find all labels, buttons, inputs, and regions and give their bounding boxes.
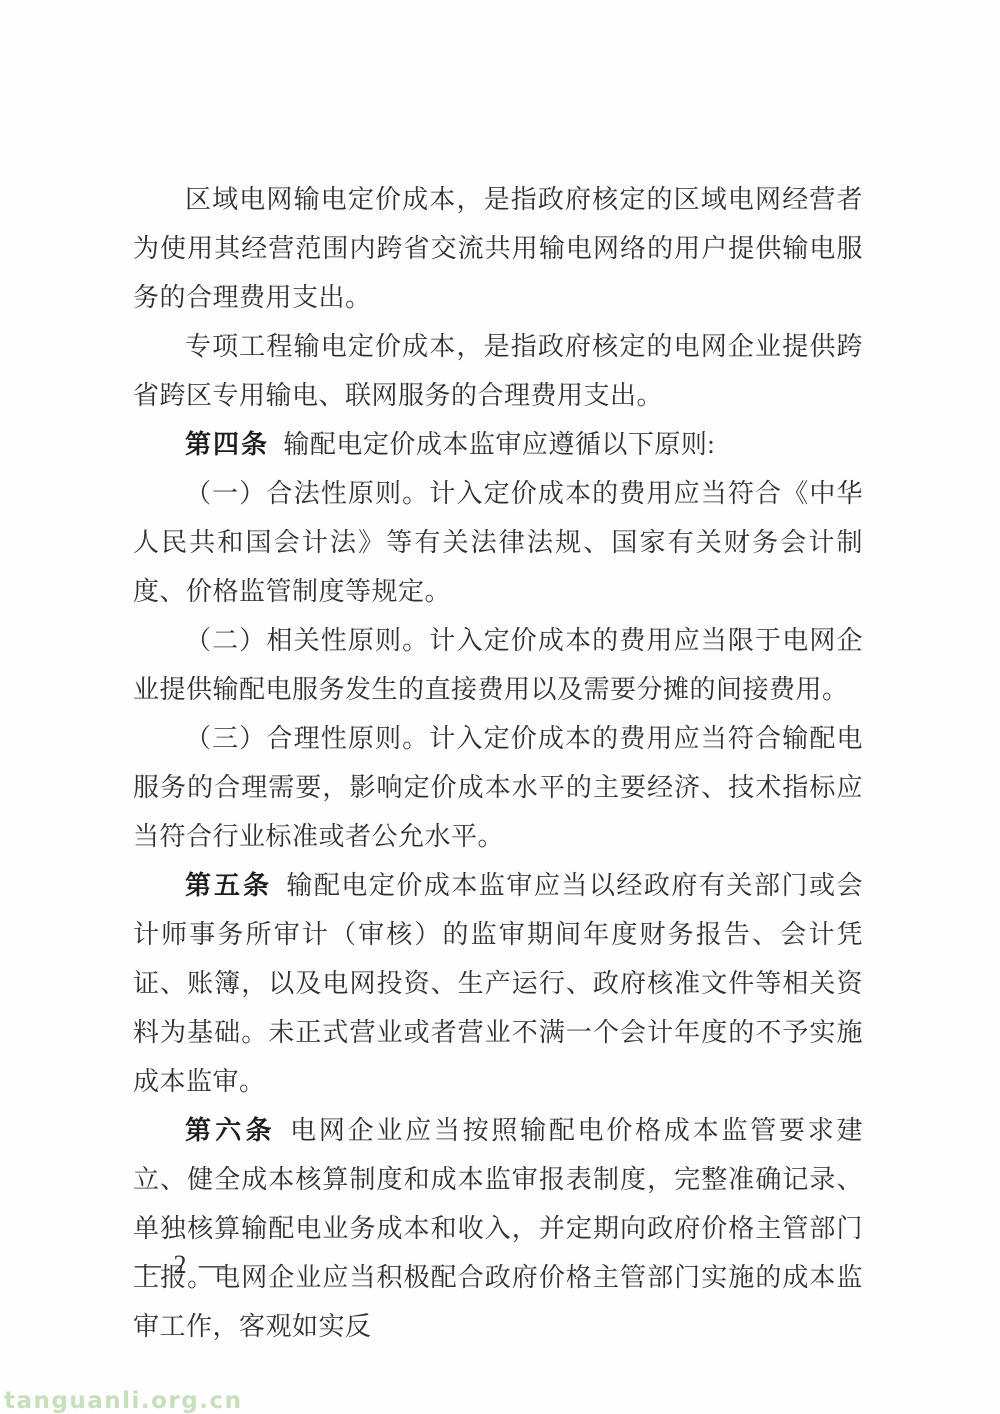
paragraph: 区域电网输电定价成本，是指政府核定的区域电网经营者为使用其经营范围内跨省交流共用… [133,175,863,322]
paragraph-text: 输配电定价成本监审应遵循以下原则: [283,430,715,459]
paragraph-text: 电网企业应当按照输配电价格成本监管要求建立、健全成本核算制度和成本监审报表制度，… [133,1116,863,1341]
document-page: 区域电网输电定价成本，是指政府核定的区域电网经营者为使用其经营范围内跨省交流共用… [0,0,1000,1414]
paragraph-article-4: 第四条输配电定价成本监审应遵循以下原则: [133,420,863,469]
paragraph-text: 区域电网输电定价成本，是指政府核定的区域电网经营者为使用其经营范围内跨省交流共用… [133,185,863,312]
article-number-label: 第四条 [185,430,269,459]
paragraph: 专项工程输电定价成本，是指政府核定的电网企业提供跨省跨区专用输电、联网服务的合理… [133,322,863,420]
paragraph-article-6: 第六条电网企业应当按照输配电价格成本监管要求建立、健全成本核算制度和成本监审报表… [133,1106,863,1351]
paragraph-text: （二）相关性原则。计入定价成本的费用应当限于电网企业提供输配电服务发生的直接费用… [133,626,863,704]
paragraph-principle-3: （三）合理性原则。计入定价成本的费用应当符合输配电服务的合理需要，影响定价成本水… [133,714,863,861]
paragraph-text: （一）合法性原则。计入定价成本的费用应当符合《中华人民共和国会计法》等有关法律法… [133,479,863,606]
paragraph-text: 输配电定价成本监审应当以经政府有关部门或会计师事务所审计（审核）的监审期间年度财… [133,871,863,1096]
paragraph-article-5: 第五条输配电定价成本监审应当以经政府有关部门或会计师事务所审计（审核）的监审期间… [133,861,863,1106]
document-body: 区域电网输电定价成本，是指政府核定的区域电网经营者为使用其经营范围内跨省交流共用… [133,175,863,1351]
paragraph-principle-1: （一）合法性原则。计入定价成本的费用应当符合《中华人民共和国会计法》等有关法律法… [133,469,863,616]
page-number: — 2 — [135,1250,228,1280]
article-number-label: 第六条 [185,1116,276,1145]
paragraph-text: （三）合理性原则。计入定价成本的费用应当符合输配电服务的合理需要，影响定价成本水… [133,724,863,851]
article-number-label: 第五条 [185,871,272,900]
paragraph-principle-2: （二）相关性原则。计入定价成本的费用应当限于电网企业提供输配电服务发生的直接费用… [133,616,863,714]
paragraph-text: 专项工程输电定价成本，是指政府核定的电网企业提供跨省跨区专用输电、联网服务的合理… [133,332,863,410]
watermark: tanguanli.org.cn [4,1388,242,1414]
